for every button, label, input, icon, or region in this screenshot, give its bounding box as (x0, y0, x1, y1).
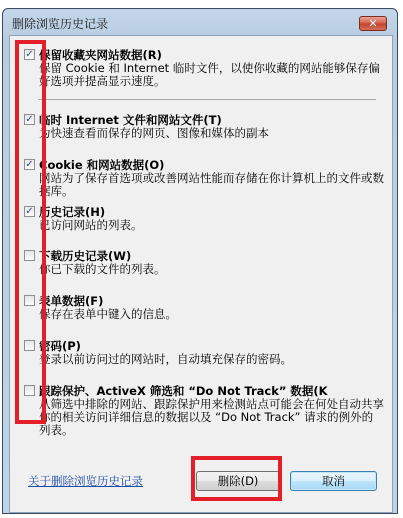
option-description: 从筛选中排除的网站、跟踪保护用来检测站点可能会在何处自动共享你的相关访问详细信息… (39, 398, 384, 437)
option-preserve-favorites[interactable]: ✓ 保留收藏夹网站数据(R) 保留 Cookie 和 Internet 临时文件… (24, 48, 374, 88)
option-history[interactable]: ✓ 历史记录(H) 已访问网站的列表。 (24, 205, 374, 235)
option-description: 登录以前访问过的网站时，自动填充保存的密码。 (39, 353, 384, 366)
option-label[interactable]: 密码(P) (39, 339, 81, 353)
option-passwords[interactable]: 密码(P) 登录以前访问过的网站时，自动填充保存的密码。 (24, 339, 374, 369)
checkbox-preserve-favorites[interactable]: ✓ (24, 49, 35, 60)
checkbox-form-data[interactable] (24, 295, 35, 306)
option-label[interactable]: Cookie 和网站数据(O) (39, 158, 164, 172)
option-label[interactable]: 下载历史记录(W) (39, 249, 131, 263)
option-description: 保留 Cookie 和 Internet 临时文件，以使你收藏的网站能够保存偏好… (39, 62, 384, 88)
separator (38, 99, 376, 100)
title-bar[interactable]: 删除浏览历史记录 ✕ (3, 9, 397, 37)
checkbox-history[interactable]: ✓ (24, 206, 35, 217)
option-label[interactable]: 跟踪保护、ActiveX 筛选和 “Do Not Track” 数据(K (39, 384, 328, 398)
checkbox-download-history[interactable] (24, 250, 35, 261)
checkbox-cookies[interactable]: ✓ (24, 159, 35, 170)
option-description: 你已下载的文件的列表。 (39, 263, 384, 276)
option-download-history[interactable]: 下载历史记录(W) 你已下载的文件的列表。 (24, 249, 374, 279)
delete-button[interactable]: 删除(D) (196, 471, 280, 491)
option-label[interactable]: 保留收藏夹网站数据(R) (39, 48, 162, 62)
option-description: 已访问网站的列表。 (39, 219, 384, 232)
dialog-body: ✓ 保留收藏夹网站数据(R) 保留 Cookie 和 Internet 临时文件… (9, 35, 393, 513)
option-description: 为快速查看而保存的网页、图像和媒体的副本 (39, 127, 384, 140)
cancel-button-label: 取消 (322, 473, 345, 489)
delete-button-label: 删除(D) (218, 473, 259, 489)
option-label[interactable]: 历史记录(H) (39, 205, 105, 219)
checkbox-tracking-protection[interactable] (24, 385, 35, 396)
checkbox-passwords[interactable] (24, 340, 35, 351)
close-icon: ✕ (368, 17, 377, 30)
dialog-title: 删除浏览历史记录 (12, 15, 108, 32)
close-button[interactable]: ✕ (359, 16, 387, 31)
option-description: 保存在表单中键入的信息。 (39, 308, 384, 321)
option-label[interactable]: 表单数据(F) (39, 294, 103, 308)
option-cookies[interactable]: ✓ Cookie 和网站数据(O) 网站为了保存首选项或改善网站性能而存储在你计… (24, 158, 374, 198)
option-tracking-protection[interactable]: 跟踪保护、ActiveX 筛选和 “Do Not Track” 数据(K 从筛选… (24, 384, 374, 436)
option-label[interactable]: 临时 Internet 文件和网站文件(T) (39, 113, 222, 127)
option-temporary-files[interactable]: ✓ 临时 Internet 文件和网站文件(T) 为快速查看而保存的网页、图像和… (24, 113, 374, 143)
cancel-button[interactable]: 取消 (290, 471, 377, 491)
checkbox-temporary-files[interactable]: ✓ (24, 114, 35, 125)
option-form-data[interactable]: 表单数据(F) 保存在表单中键入的信息。 (24, 294, 374, 324)
option-description: 网站为了保存首选项或改善网站性能而存储在你计算机上的文件或数据库。 (39, 172, 384, 198)
about-delete-history-link[interactable]: 关于删除浏览历史记录 (28, 473, 143, 489)
